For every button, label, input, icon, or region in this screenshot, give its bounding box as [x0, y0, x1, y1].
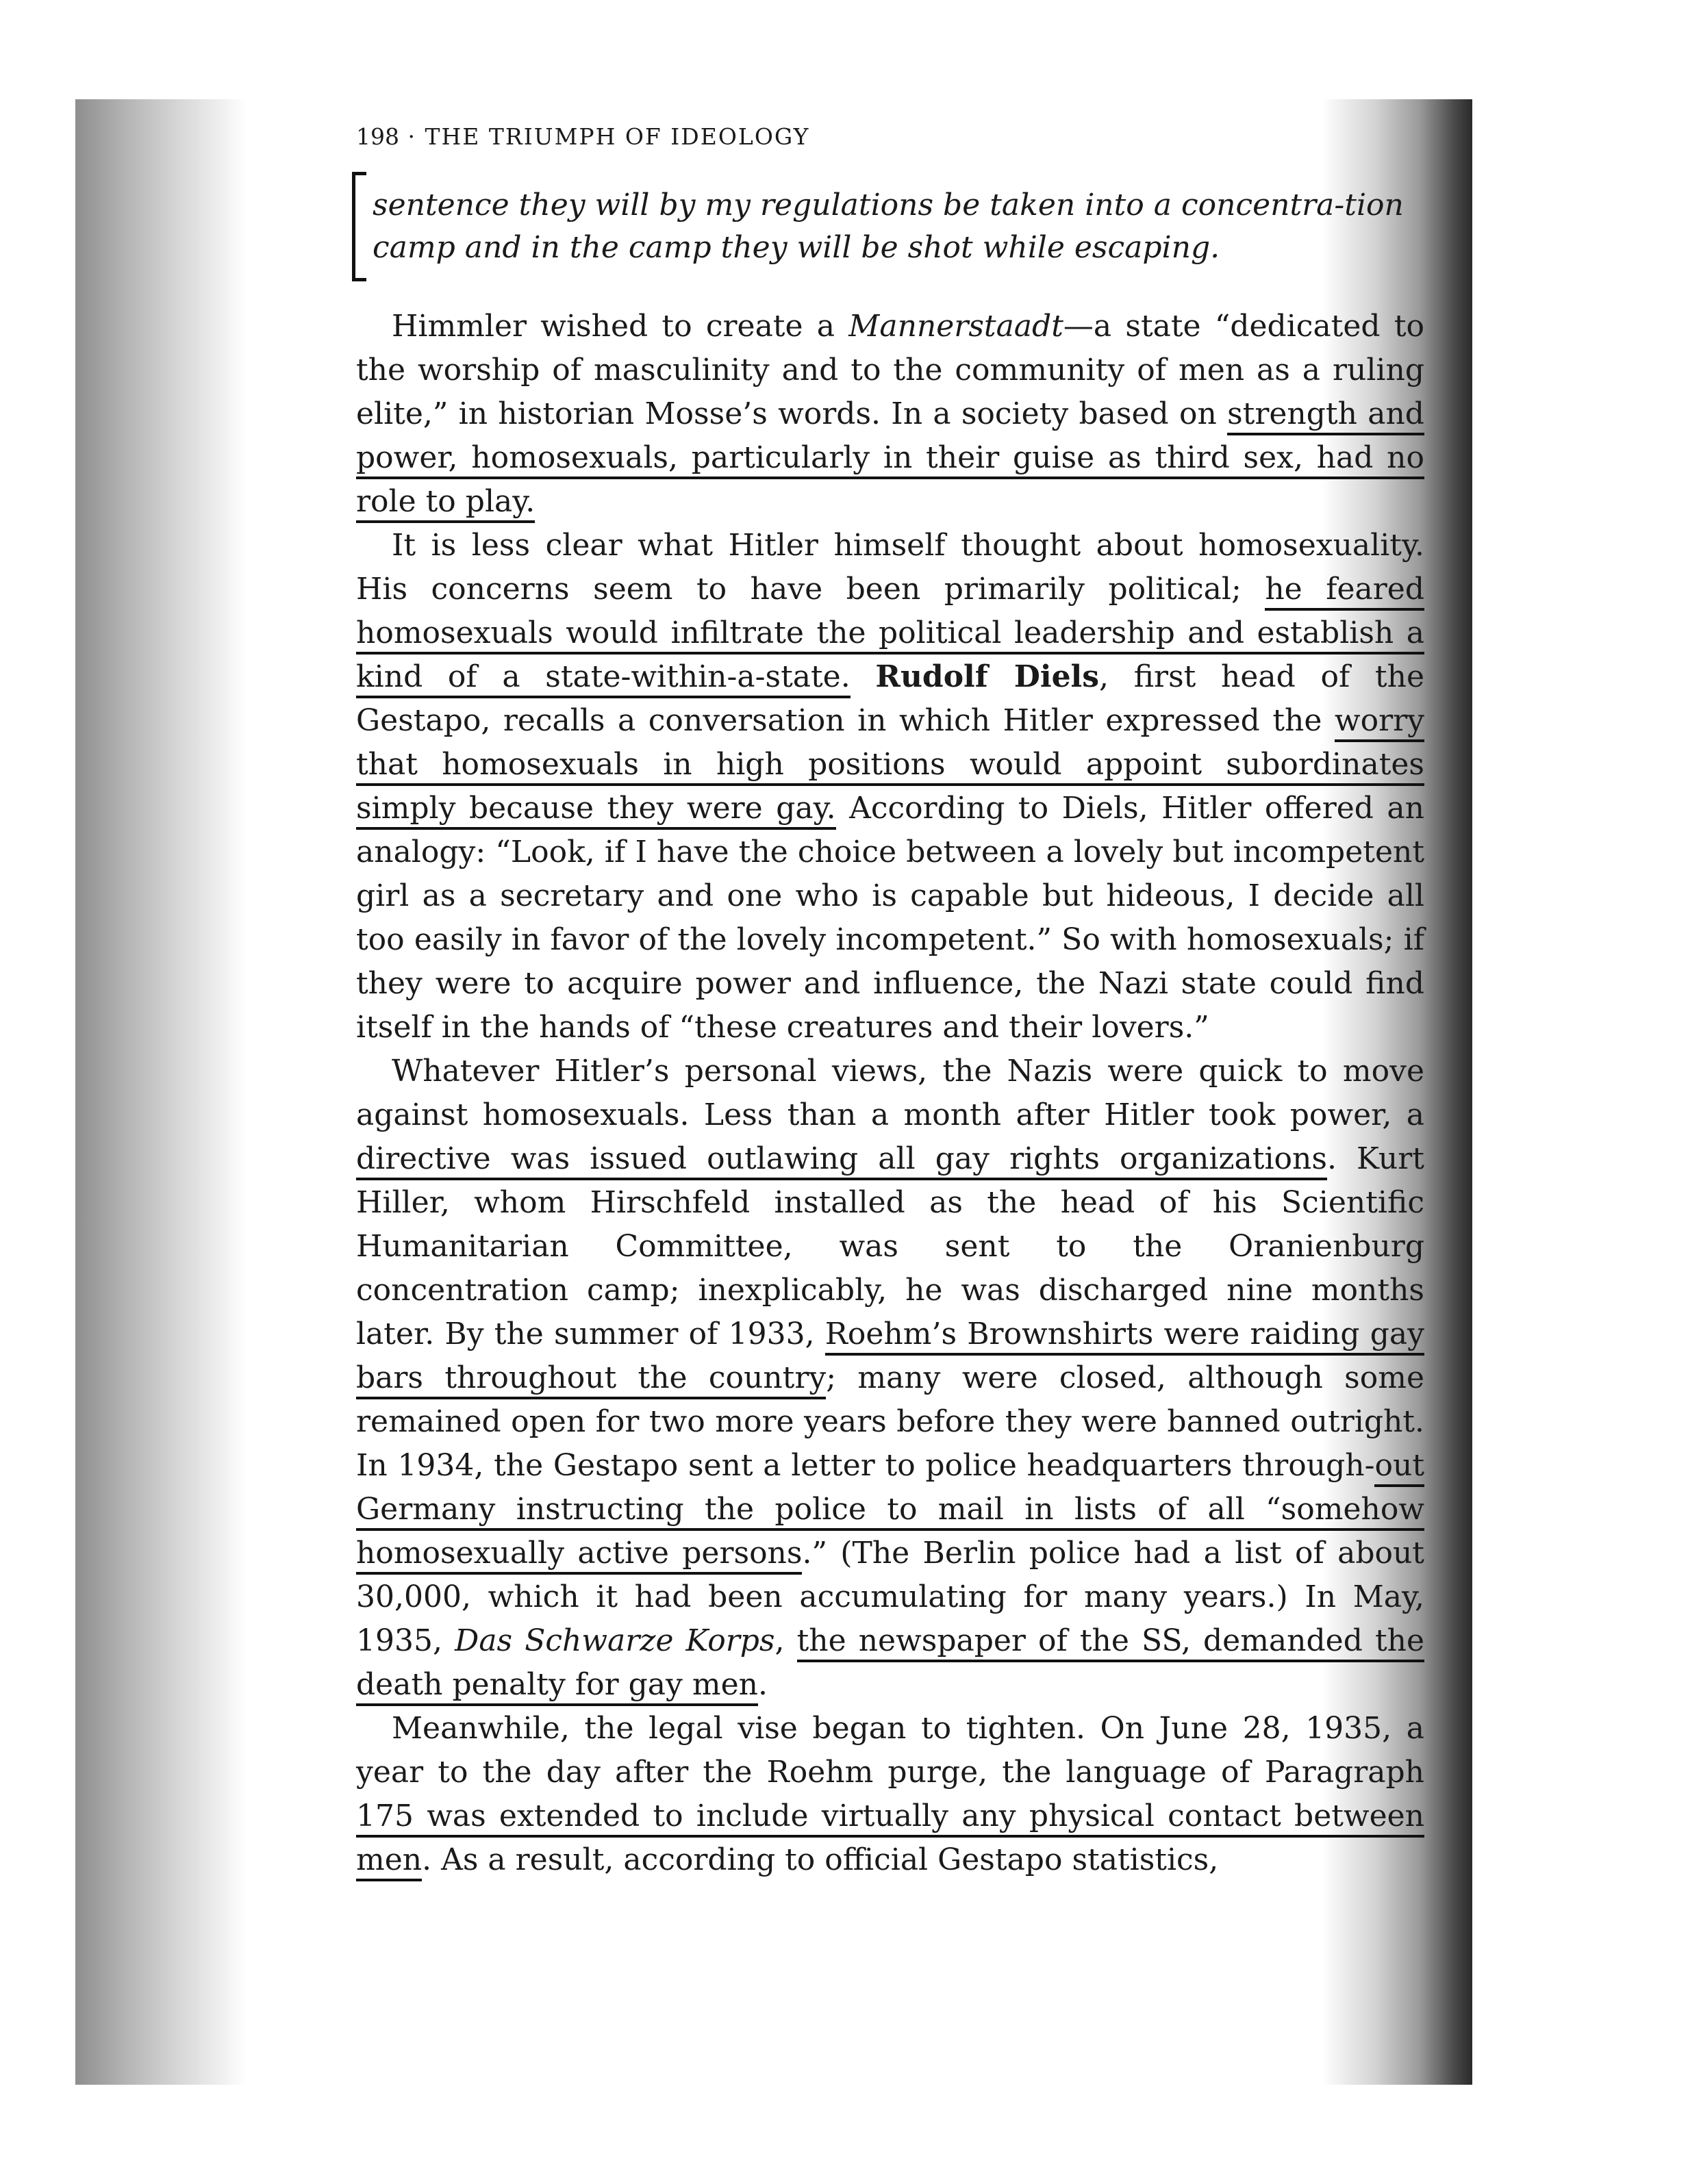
paragraph-himmler: Himmler wished to create a Mannerstaadt—…: [356, 305, 1424, 524]
block-quote: sentence they will by my regulations be …: [356, 184, 1424, 269]
text-run: Meanwhile, the legal vise began to tight…: [356, 1711, 1424, 1790]
text-run: .: [758, 1667, 768, 1702]
bold-text: Rudolf Diels: [875, 659, 1099, 694]
text-run: Himmler wished to create a: [392, 309, 848, 344]
italic-text: Mannerstaadt: [848, 309, 1063, 344]
book-page: 198 · THE TRIUMPH OF IDEOLOGY sentence t…: [356, 123, 1424, 1882]
text-run: ,: [775, 1623, 797, 1658]
bracket-annotation-icon: [352, 172, 366, 281]
separator: ·: [408, 123, 417, 150]
text-run: Whatever Hitler’s personal views, the Na…: [356, 1054, 1424, 1132]
italic-text: Das Schwarze Korps: [455, 1623, 774, 1658]
quote-text: sentence they will by my regulations be …: [373, 188, 1404, 265]
text-run: It is less clear what Hitler himself tho…: [356, 528, 1424, 607]
text-run: . As a result, according to official Ges…: [422, 1842, 1218, 1877]
text-run: [851, 659, 876, 694]
paragraph-nazis-move: Whatever Hitler’s personal views, the Na…: [356, 1050, 1424, 1707]
page-number: 198: [356, 123, 399, 150]
paragraph-hitler-views: It is less clear what Hitler himself tho…: [356, 524, 1424, 1050]
running-head: 198 · THE TRIUMPH OF IDEOLOGY: [356, 123, 1424, 150]
handwritten-underline: directive was issued outlawing all gay r…: [356, 1141, 1327, 1180]
paragraph-legal-vise: Meanwhile, the legal vise began to tight…: [356, 1707, 1424, 1882]
book-spine-shadow-left: [75, 99, 247, 2085]
chapter-title: THE TRIUMPH OF IDEOLOGY: [425, 123, 810, 150]
